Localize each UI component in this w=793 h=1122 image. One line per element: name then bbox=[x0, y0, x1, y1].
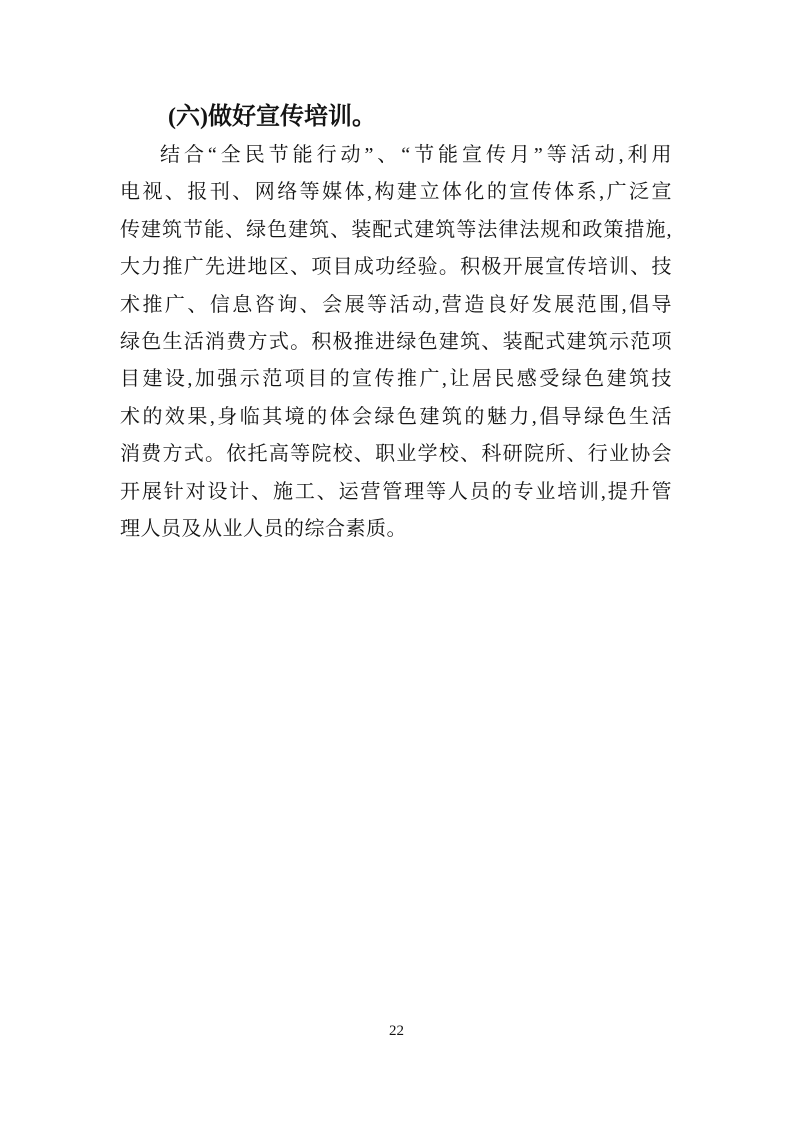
paragraph-line: 大力推广先进地区、项目成功经验。积极开展宣传培训、技 bbox=[120, 249, 672, 286]
document-page: (六)做好宣传培训。 结合“全民节能行动”、“节能宣传月”等活动,利用 电视、报… bbox=[0, 0, 793, 1122]
document-body: (六)做好宣传培训。 结合“全民节能行动”、“节能宣传月”等活动,利用 电视、报… bbox=[120, 97, 672, 548]
paragraph-line: 结合“全民节能行动”、“节能宣传月”等活动,利用 bbox=[120, 137, 672, 174]
paragraph-line: 传建筑节能、绿色建筑、装配式建筑等法律法规和政策措施, bbox=[120, 212, 672, 249]
paragraph-line: 理人员及从业人员的综合素质。 bbox=[120, 511, 672, 548]
paragraph-line: 绿色生活消费方式。积极推进绿色建筑、装配式建筑示范项 bbox=[120, 324, 672, 361]
page-number: 22 bbox=[0, 1021, 793, 1041]
paragraph-line: 开展针对设计、施工、运营管理等人员的专业培训,提升管 bbox=[120, 474, 672, 511]
section-heading: (六)做好宣传培训。 bbox=[120, 97, 672, 137]
paragraph-line: 术的效果,身临其境的体会绿色建筑的魅力,倡导绿色生活 bbox=[120, 399, 672, 436]
paragraph-line: 目建设,加强示范项目的宣传推广,让居民感受绿色建筑技 bbox=[120, 361, 672, 398]
paragraph-line: 术推广、信息咨询、会展等活动,营造良好发展范围,倡导 bbox=[120, 287, 672, 324]
paragraph-line: 电视、报刊、网络等媒体,构建立体化的宣传体系,广泛宣 bbox=[120, 174, 672, 211]
paragraph-line: 消费方式。依托高等院校、职业学校、科研院所、行业协会 bbox=[120, 436, 672, 473]
